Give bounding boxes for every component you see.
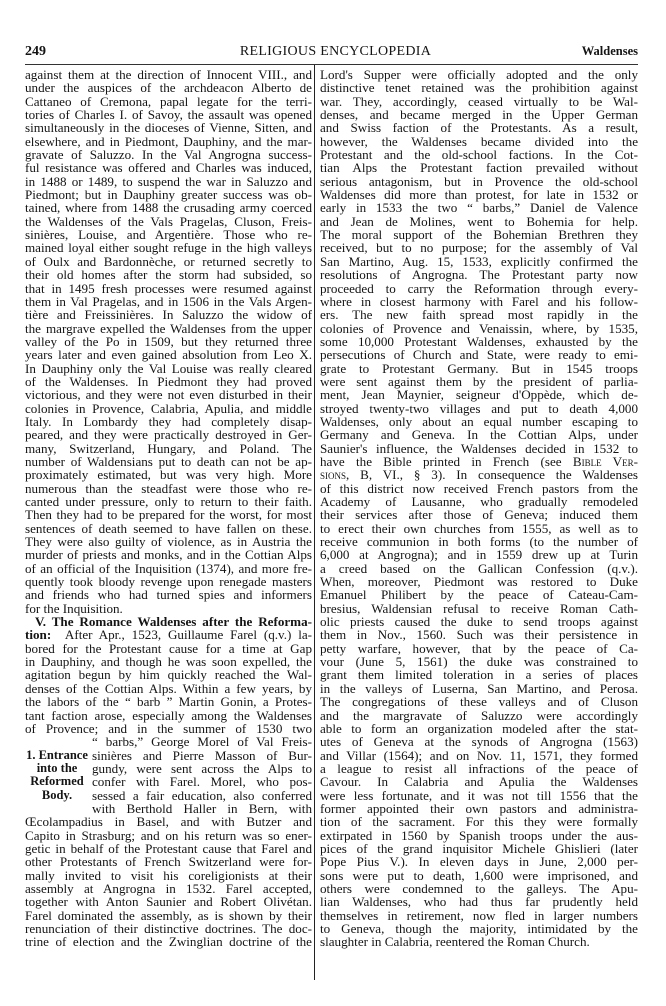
right-column: Lord's Supper were officially adopted an… bbox=[320, 68, 638, 949]
text-line: utes of Geneva at the synods of Angrogna… bbox=[320, 735, 638, 748]
header-rule bbox=[25, 64, 638, 65]
running-title: RELIGIOUS ENCYCLOPEDIA bbox=[25, 44, 638, 60]
text-line: in Dauphiny, and though he was soon expe… bbox=[25, 655, 312, 668]
text-line: able to form an organization modeled aft… bbox=[320, 722, 638, 735]
text-line: a creed based on the Gallican Confession… bbox=[320, 562, 638, 575]
text-line: of the Waldenses. In Piedmont they had p… bbox=[25, 375, 312, 388]
text-line: of an official of the Inquisition (1374)… bbox=[25, 562, 312, 575]
margin-note-label: Body. bbox=[25, 789, 89, 802]
text-line: tian Alps the Protestant faction prevail… bbox=[320, 161, 638, 174]
text-line: Protestant and the old-school factions. … bbox=[320, 148, 638, 161]
text-line: pices of the grand inquisitor Michele Gh… bbox=[320, 842, 638, 855]
text-line: many, Switzerland, Hungary, and Poland. … bbox=[25, 442, 312, 455]
text-line: Cattaneo of Cremona, papal legate for th… bbox=[25, 95, 312, 108]
text-line: and the margravate of Saluzzo were accor… bbox=[320, 709, 638, 722]
text-line: together with Anton Saunier and Robert O… bbox=[25, 895, 312, 908]
bible-versions-line-2: sions, B, VI., § 3). In consequence the … bbox=[320, 468, 638, 481]
text-line: proximately estimated, but was very high… bbox=[25, 468, 312, 481]
left-paragraph-section: bored for the Protestant cause for a tim… bbox=[25, 642, 312, 735]
text-line: where in closest harmony with Farel and … bbox=[320, 295, 638, 308]
text-line: receive communion in both forms (to the … bbox=[320, 535, 638, 548]
bible-versions-line: have the Bible printed in French (see Bi… bbox=[320, 455, 638, 468]
text-line: serious antagonism, but in Provence the … bbox=[320, 175, 638, 188]
text-line: vour (June 5, 1561) the duke was constra… bbox=[320, 655, 638, 668]
text-line: Piedmont; but in Dauphiny greater succes… bbox=[25, 188, 312, 201]
margin-trailing-line: with Berthold Haller in Bern, with bbox=[25, 802, 312, 815]
margin-note-row: into thegundy, were sent across the Alps… bbox=[25, 762, 312, 775]
text-line: stroyed twenty-two villages and put to d… bbox=[320, 402, 638, 415]
text-line: however, the Waldenses became divided in… bbox=[320, 135, 638, 148]
text-line: trine of election and the Zwinglian doct… bbox=[25, 935, 312, 948]
text-line: ful resistance was offered and Charles w… bbox=[25, 161, 312, 174]
text-line: denses of the Cottian Alps. Within a few… bbox=[25, 682, 312, 695]
text-line: victorious, and they were not even distu… bbox=[25, 388, 312, 401]
text-line: the labors of the “ barb ” Martin Gonin,… bbox=[25, 695, 312, 708]
margin-note-row: Body.sessed a fair education, also confe… bbox=[25, 789, 312, 802]
left-column: against them at the direction of Innocen… bbox=[25, 68, 312, 949]
text-line: against them at the direction of Innocen… bbox=[25, 68, 312, 81]
text-line: Then they had to be prepared for the wor… bbox=[25, 508, 312, 521]
left-paragraph-end: Œcolampadius in Basel, and with Butzer a… bbox=[25, 815, 312, 948]
text-line: colonies in Provence, Calabria, Apulia, … bbox=[25, 402, 312, 415]
text-line: some 10,000 Protestant Waldenses, exhaus… bbox=[320, 335, 638, 348]
text-line: early in 1533 the two “ barbs,” Daniel d… bbox=[320, 201, 638, 214]
text-line: of Oulx and Bardonnèche, or returned sec… bbox=[25, 255, 312, 268]
text-line: distinctive tenet retained was the prohi… bbox=[320, 81, 638, 94]
text-line: and Villar (1564); and on Nov. 11, 1571,… bbox=[320, 749, 638, 762]
text-line: tion of the sacrament. For this they wer… bbox=[320, 815, 638, 828]
text-line: them in Val Pragelas, and in 1506 in the… bbox=[25, 295, 312, 308]
text-line: years later and even gained absolution f… bbox=[25, 348, 312, 361]
text-line: in the valleys of Luserna, San Martino, … bbox=[320, 682, 638, 695]
text-line: 6,000 at Angrogna); and in 1559 drew up … bbox=[320, 548, 638, 561]
running-head: Waldenses bbox=[582, 44, 638, 59]
text-line: confer with Farel. Morel, who pos- bbox=[89, 775, 312, 788]
text-line: Italy. In Lombardy they had completely d… bbox=[25, 415, 312, 428]
margin-indent-line: “ barbs,” George Morel of Val Freis- bbox=[25, 735, 312, 748]
text-line: murder of priests and monks, and in the … bbox=[25, 548, 312, 561]
text-line: sinières, Louise, and Argentière. Those … bbox=[25, 228, 312, 241]
text-line: Waldenses did more than protest, for lat… bbox=[320, 188, 638, 201]
text-line: lian Waldenses, who had thus far prudent… bbox=[320, 895, 638, 908]
text-line: them in Nov., 1560. Such was their persi… bbox=[320, 628, 638, 641]
right-paragraph-part-1: Lord's Supper were officially adopted an… bbox=[320, 68, 638, 455]
text-line: the margrave expelled the Waldenses from… bbox=[25, 322, 312, 335]
text-line: numerous than the steadfast were those w… bbox=[25, 482, 312, 495]
text-line: Saunier's influence, the Waldenses decid… bbox=[320, 442, 638, 455]
section-heading-line-2: tion: After Apr., 1523, Guillaume Farel … bbox=[25, 628, 312, 641]
text-line: number of Waldensians put to death can n… bbox=[25, 455, 312, 468]
text-line: the Waldenses of the Vals Pragelas, Clus… bbox=[25, 215, 312, 228]
text-line: canted under pressure, only to return to… bbox=[25, 495, 312, 508]
text-line: assembly at Angrogna in 1532. Farel acce… bbox=[25, 882, 312, 895]
margin-note-label: 1. Entrance bbox=[25, 749, 89, 762]
text-line: of Provence; and in the summer of 1530 t… bbox=[25, 722, 312, 735]
text-line: persecutions of Church and State, were r… bbox=[320, 348, 638, 361]
text-line: In Dauphiny only the Val Louise was real… bbox=[25, 362, 312, 375]
text-line: war. They, accordingly, ceased virtually… bbox=[320, 95, 638, 108]
section-heading-line: V. The Romance Waldenses after the Refor… bbox=[25, 615, 312, 628]
text-line: were sent against them by the president … bbox=[320, 375, 638, 388]
left-paragraph-continued: against them at the direction of Innocen… bbox=[25, 68, 312, 615]
margin-note-label: into the bbox=[25, 762, 89, 775]
text-line: others were condemned to the galleys. Th… bbox=[320, 882, 638, 895]
text-line: Academy of Lausanne, who gradually remod… bbox=[320, 495, 638, 508]
text-line: Lord's Supper were officially adopted an… bbox=[320, 68, 638, 81]
text-line: tained, where from 1488 the crusading ar… bbox=[25, 201, 312, 214]
text-line: of this district now received French pas… bbox=[320, 482, 638, 495]
column-divider bbox=[314, 65, 315, 980]
margin-note-row: Reformedconfer with Farel. Morel, who po… bbox=[25, 775, 312, 788]
text-line: bored for the Protestant cause for a tim… bbox=[25, 642, 312, 655]
text-line: gravate of Saluzzo. In the Val Angrogna … bbox=[25, 148, 312, 161]
text-line: Farel dominated the assembly, as is show… bbox=[25, 909, 312, 922]
text-line: that in 1495 fresh processes were resume… bbox=[25, 282, 312, 295]
text-line: The congregations of these valleys and o… bbox=[320, 695, 638, 708]
text-line: and Swiss faction of the Protestants. As… bbox=[320, 121, 638, 134]
text-line: sons were put to death, 1,600 were impri… bbox=[320, 869, 638, 882]
text-line: They were also guilty of violence, as in… bbox=[25, 535, 312, 548]
right-paragraph-part-2: of this district now received French pas… bbox=[320, 482, 638, 949]
text-line: denses, and became merged in the Upper G… bbox=[320, 108, 638, 121]
text-line: themselves in retirement, now fled in la… bbox=[320, 909, 638, 922]
text-line: tant faction arose, especially among the… bbox=[25, 709, 312, 722]
text-line: ers. The new faith spread most rapidly i… bbox=[320, 308, 638, 321]
text-line: extirpated in 1560 by Spanish troops und… bbox=[320, 829, 638, 842]
text-line: mally invited to visit his coreligionist… bbox=[25, 869, 312, 882]
text-line: ment, Jean Maynier, seigneur d'Oppède, w… bbox=[320, 388, 638, 401]
text-line: San Martino, Aug. 15, 1533, explicitly c… bbox=[320, 255, 638, 268]
text-line: under the auspices of the archdeacon Alb… bbox=[25, 81, 312, 94]
text-line: agitation begun by him quickly reached t… bbox=[25, 668, 312, 681]
text-line: Waldenses, only about an equal number es… bbox=[320, 415, 638, 428]
text-line: valley of the Po in 1509, but they retur… bbox=[25, 335, 312, 348]
text-line: simultaneously in the dioceses of Vienne… bbox=[25, 121, 312, 134]
text-line: grate to Protestant Germany. But in 1545… bbox=[320, 362, 638, 375]
text-line: received, but to no purpose; for the ass… bbox=[320, 241, 638, 254]
text-line: renunciation of their distinctive doctri… bbox=[25, 922, 312, 935]
text-line: proceeded to carry the Reformation throu… bbox=[320, 282, 638, 295]
text-line: their old homes after the storm had subs… bbox=[25, 268, 312, 281]
text-line: bresius, Waldensian refusal to receive R… bbox=[320, 602, 638, 615]
text-line: tière and Freissinières. In Saluzzo the … bbox=[25, 308, 312, 321]
text-line: getic in behalf of the Protestant cause … bbox=[25, 842, 312, 855]
text-line: resolutions of Angrogna. The Protestant … bbox=[320, 268, 638, 281]
text-line: peared, and they were practically destro… bbox=[25, 428, 312, 441]
text-line: and friends who had turned spies and inf… bbox=[25, 588, 312, 601]
text-line: were less fortunate, and it was not till… bbox=[320, 789, 638, 802]
text-line: their services after those of Geneva; in… bbox=[320, 508, 638, 521]
text-line: petty warfare, however, that by the peac… bbox=[320, 642, 638, 655]
text-line: Emanuel Philibert by the peace of Cateau… bbox=[320, 588, 638, 601]
text-line: sessed a fair education, also conferred bbox=[89, 789, 312, 802]
text-line: slaughter in Calabria, reentered the Rom… bbox=[320, 935, 638, 948]
margin-note-row: 1. Entrancesinières and Pierre Masson of… bbox=[25, 749, 312, 762]
text-line: When, moreover, Piedmont was restored to… bbox=[320, 575, 638, 588]
text-line: olic priests caused the duke to send tro… bbox=[320, 615, 638, 628]
text-line: to Geneva, though the majority, intimida… bbox=[320, 922, 638, 935]
margin-note-label: Reformed bbox=[25, 775, 89, 788]
text-line: The moral support of the Bohemian Brethr… bbox=[320, 228, 638, 241]
text-line: sinières and Pierre Masson of Bur- bbox=[89, 749, 312, 762]
page-header: 249 RELIGIOUS ENCYCLOPEDIA Waldenses bbox=[25, 44, 638, 60]
text-line: former appointed their own pastors and a… bbox=[320, 802, 638, 815]
margin-note-block: 1. Entrancesinières and Pierre Masson of… bbox=[25, 749, 312, 802]
text-line: and Jean de Molines, went to Bohemia for… bbox=[320, 215, 638, 228]
text-line: colonies of Provence and Venaissin, wher… bbox=[320, 322, 638, 335]
text-line: a league to resist all infractions of th… bbox=[320, 762, 638, 775]
text-line: Cavour. In Calabria and Apulia the Walde… bbox=[320, 775, 638, 788]
text-line: in 1488 or 1489, to suspend the war in S… bbox=[25, 175, 312, 188]
text-line: elsewhere, and in Piedmont, Dauphiny, an… bbox=[25, 135, 312, 148]
text-line: sentences of death seemed to have fallen… bbox=[25, 522, 312, 535]
text-line: gundy, were sent across the Alps to bbox=[89, 762, 312, 775]
text-line: Capito in Strasburg; and on his return w… bbox=[25, 829, 312, 842]
text-line: grant them limited toleration in a serie… bbox=[320, 668, 638, 681]
text-line: for the Inquisition. bbox=[25, 602, 312, 615]
text-line: tories of Charles I. of Savoy, the assau… bbox=[25, 108, 312, 121]
text-line: mained loyal either sought refuge in the… bbox=[25, 241, 312, 254]
text-line: other Protestants of French Switzerland … bbox=[25, 855, 312, 868]
text-line: quently took bloody revenge upon renegad… bbox=[25, 575, 312, 588]
text-line: Germany and Geneva. In the Cottian Alps,… bbox=[320, 428, 638, 441]
text-line: Œcolampadius in Basel, and with Butzer a… bbox=[25, 815, 312, 828]
text-line: to erect their own churches from 1555, a… bbox=[320, 522, 638, 535]
text-line: Pope Pius V.). In eleven days in June, 2… bbox=[320, 855, 638, 868]
